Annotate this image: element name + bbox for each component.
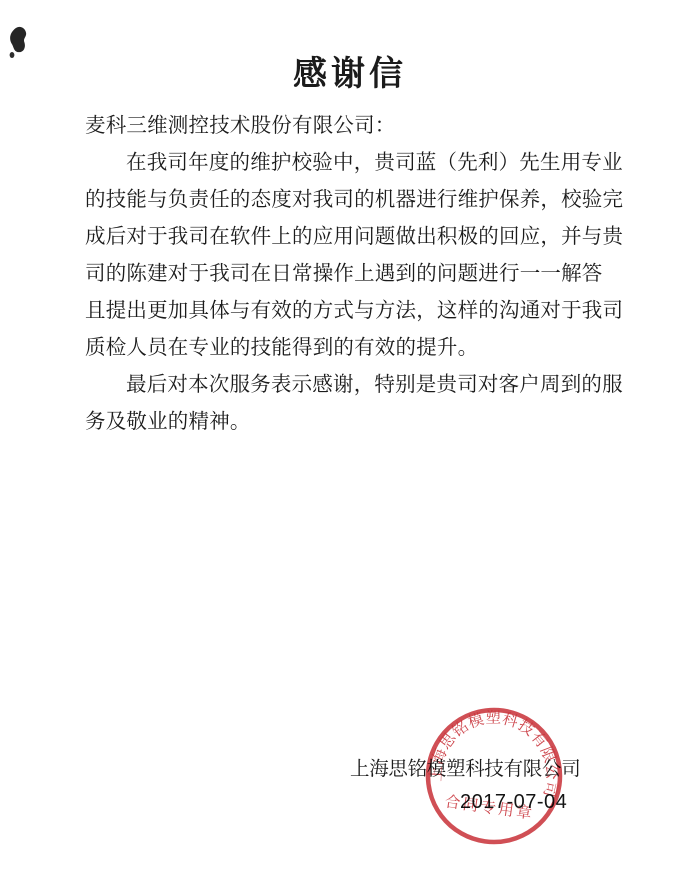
salutation-line: 麦科三维测控技术股份有限公司： <box>85 108 625 145</box>
body-line: 的技能与负责任的态度对我司的机器进行维护保养，校验完 <box>85 182 625 219</box>
letter-title: 感谢信 <box>0 53 700 97</box>
body-line: 在我司年度的维护校验中，贵司蓝（先利）先生用专业 <box>85 145 625 182</box>
letter-body: 麦科三维测控技术股份有限公司： 在我司年度的维护校验中，贵司蓝（先利）先生用专业… <box>85 108 625 441</box>
body-line: 司的陈建对于我司在日常操作上遇到的问题进行一一解答 <box>85 256 625 293</box>
letter-page: 感谢信 麦科三维测控技术股份有限公司： 在我司年度的维护校验中，贵司蓝（先利）先… <box>0 0 700 880</box>
body-line: 质检人员在专业的技能得到的有效的提升。 <box>85 330 625 367</box>
company-stamp: 上海思铭模塑科技有限公司 合同专用章 <box>414 696 574 856</box>
svg-text:上海思铭模塑科技有限公司: 上海思铭模塑科技有限公司 <box>425 700 570 800</box>
body-line: 最后对本次服务表示感谢，特别是贵司对客户周到的服 <box>85 367 625 404</box>
body-line: 务及敬业的精神。 <box>85 404 625 441</box>
body-line: 且提出更加具体与有效的方式与方法，这样的沟通对于我司 <box>85 293 625 330</box>
stamp-ring-text: 上海思铭模塑科技有限公司 <box>425 700 570 800</box>
stamp-bottom-text: 合同专用章 <box>444 792 536 823</box>
body-line: 成后对于我司在软件上的应用问题做出积极的回应，并与贵 <box>85 219 625 256</box>
